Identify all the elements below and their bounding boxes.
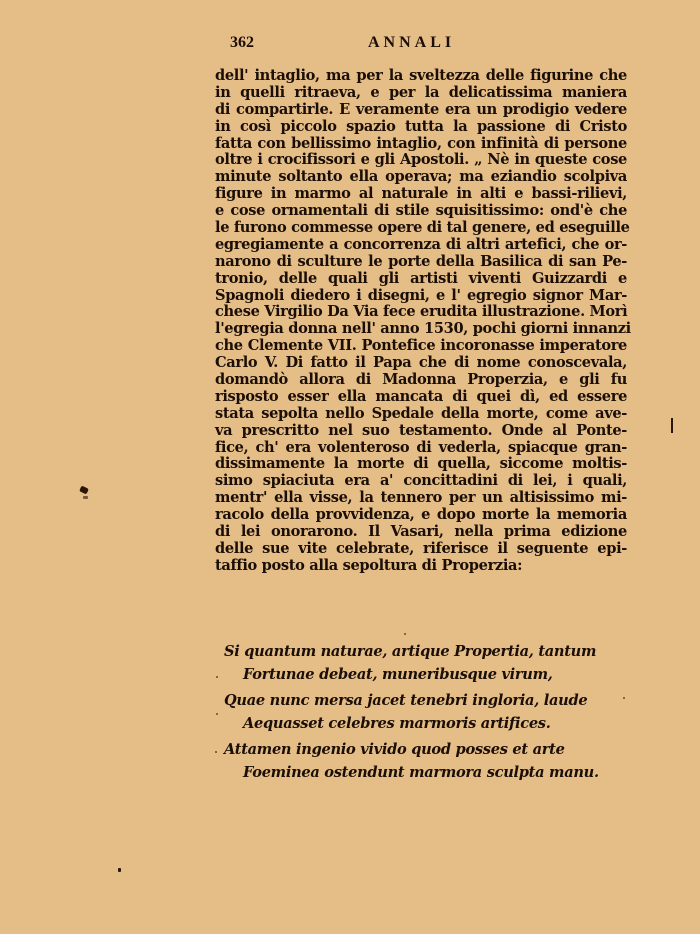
text-line: risposto esser ella mancata di quei dì, …: [215, 389, 627, 406]
text-line: le furono commesse opere di tal genere, …: [215, 220, 627, 237]
epitaph-verse: Si quantum naturae, artique Propertia, t…: [224, 640, 644, 787]
ink-speck: [118, 868, 121, 872]
body-paragraph: dell' intaglio, ma per la sveltezza dell…: [215, 68, 627, 575]
text-line: l'egregia donna nell' anno 1530, pochi g…: [215, 321, 627, 338]
text-line: che Clemente VII. Pontefice incoronasse …: [215, 338, 627, 355]
verse-line: Quae nunc mersa jacet tenebri ingloria, …: [224, 689, 644, 712]
text-line: oltre i crocifissori e gli Apostoli. „ N…: [215, 152, 627, 169]
verse-couplet: Si quantum naturae, artique Propertia, t…: [224, 640, 644, 686]
text-line: minute soltanto ella operava; ma eziandi…: [215, 169, 627, 186]
page-number: 362: [230, 34, 254, 52]
verse-couplet: Quae nunc mersa jacet tenebri ingloria, …: [224, 689, 644, 735]
ink-speck: [216, 676, 218, 678]
text-line: narono di sculture le porte della Basili…: [215, 254, 627, 271]
ink-speck: [215, 751, 217, 753]
text-line: delle sue vite celebrate, riferisce il s…: [215, 541, 627, 558]
text-line: dell' intaglio, ma per la sveltezza dell…: [215, 68, 627, 85]
text-line: dissimamente la morte di quella, siccome…: [215, 456, 627, 473]
ink-speck: [216, 713, 218, 715]
text-line: tronio, delle quali gli artisti viventi …: [215, 271, 627, 288]
text-line: va prescritto nel suo testamento. Onde a…: [215, 423, 627, 440]
text-line: Spagnoli diedero i disegni, e l' egregio…: [215, 288, 627, 305]
text-line: e cose ornamentali di stile squisitissim…: [215, 203, 627, 220]
text-line: taffio posto alla sepoltura di Properzia…: [215, 558, 627, 575]
text-line: di compartirle. E veramente era un prodi…: [215, 102, 627, 119]
verse-line: Attamen ingenio vivido quod posses et ar…: [224, 738, 644, 761]
verse-line: Si quantum naturae, artique Propertia, t…: [224, 640, 644, 663]
text-line: in così piccolo spazio tutta la passione…: [215, 119, 627, 136]
text-line: Carlo V. Di fatto il Papa che di nome co…: [215, 355, 627, 372]
running-head: 362 ANNALI: [230, 34, 640, 56]
text-line: fice, ch' era volenteroso di vederla, sp…: [215, 440, 627, 457]
verse-line-indented: Aequasset celebres marmoris artifices.: [224, 712, 644, 735]
text-line: figure in marmo al naturale in alti e ba…: [215, 186, 627, 203]
verse-line-indented: Fortunae debeat, muneribusque virum,: [224, 663, 644, 686]
text-line: domandò allora di Madonna Properzia, e g…: [215, 372, 627, 389]
text-line: fatta con bellissimo intaglio, con infin…: [215, 136, 627, 153]
text-line: stata sepolta nello Spedale della morte,…: [215, 406, 627, 423]
ink-blot: [79, 486, 89, 495]
ink-speck: [623, 697, 625, 699]
ink-speck: [83, 496, 88, 499]
text-line: chese Virgilio Da Via fece erudita illus…: [215, 304, 627, 321]
book-page: 362 ANNALI dell' intaglio, ma per la sve…: [0, 0, 700, 934]
text-line: in quelli ritraeva, e per la delicatissi…: [215, 85, 627, 102]
verse-line-indented: Foeminea ostendunt marmora sculpta manu.: [224, 761, 644, 784]
verse-couplet: Attamen ingenio vivido quod posses et ar…: [224, 738, 644, 784]
text-line: mentr' ella visse, la tennero per un alt…: [215, 490, 627, 507]
text-line: egregiamente a concorrenza di altri arte…: [215, 237, 627, 254]
ink-speck: [404, 633, 406, 635]
text-line: simo spiaciuta era a' concittadini di le…: [215, 473, 627, 490]
text-line: di lei onorarono. Il Vasari, nella prima…: [215, 524, 627, 541]
margin-mark: [671, 418, 673, 433]
running-title: ANNALI: [368, 34, 455, 52]
text-line: racolo della provvidenza, e dopo morte l…: [215, 507, 627, 524]
